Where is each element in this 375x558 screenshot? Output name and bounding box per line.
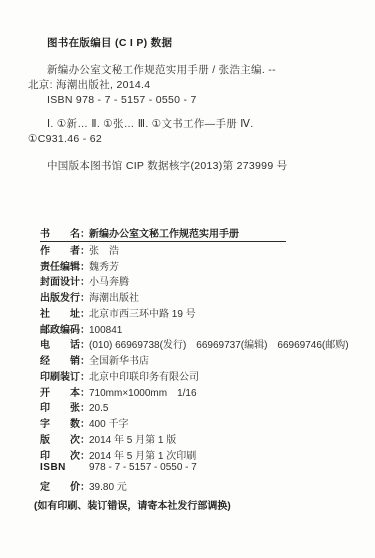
colophon-row-distribution: 经销：全国新华书店 — [40, 352, 365, 368]
colophon-row-edition: 版次：2014 年 5 月第 1 版 — [40, 431, 365, 447]
label-separator: ： — [80, 431, 89, 446]
label-separator: ： — [80, 399, 89, 414]
field-value: 北京市西三环中路 19 号 — [89, 305, 196, 320]
label-separator: ： — [80, 225, 89, 240]
colophon-row-printed-sheets: 印张：20.5 — [40, 399, 365, 415]
field-label: 出版发行 — [40, 289, 80, 304]
colophon-row-author: 作者：张 浩 — [40, 242, 365, 258]
cip-entry-line-2: 北京: 海潮出版社, 2014.4 — [28, 78, 359, 93]
field-value: 39.80 元 — [89, 478, 127, 493]
label-separator: ： — [80, 336, 89, 351]
field-label: 定价 — [40, 478, 80, 493]
label-separator: ： — [80, 384, 89, 399]
cip-classification-line-1: Ⅰ. ①新… Ⅱ. ①张… Ⅲ. ①文书工作—手册 Ⅳ. — [47, 117, 359, 132]
field-label: 字数 — [40, 415, 80, 430]
label-separator: ： — [80, 289, 89, 304]
label-separator: ： — [80, 415, 89, 430]
label-separator: ： — [80, 321, 89, 336]
field-value: 新编办公室文秘工作规范实用手册 — [89, 225, 239, 240]
field-label: 封面设计 — [40, 273, 80, 288]
field-value: (010) 66969738(发行) 66969737(编辑) 66969746… — [89, 336, 349, 351]
field-label: 印张 — [40, 399, 80, 414]
field-value: 100841 — [89, 325, 122, 336]
field-value: 978 - 7 - 5157 - 0550 - 7 — [89, 462, 197, 473]
colophon-row-isbn: ISBN978 - 7 - 5157 - 0550 - 7 — [40, 462, 365, 478]
colophon-row-postal-code: 邮政编码：100841 — [40, 321, 365, 337]
colophon-row-address: 社址：北京市西三环中路 19 号 — [40, 305, 365, 321]
field-label: 版次 — [40, 431, 80, 446]
colophon-row-book-title: 书名：新编办公室文秘工作规范实用手册 — [40, 225, 286, 242]
label-separator: ： — [80, 242, 89, 257]
cip-isbn-line: ISBN 978 - 7 - 5157 - 0550 - 7 — [47, 93, 359, 108]
field-label: 开本 — [40, 384, 80, 399]
colophon-row-impression: 印次：2014 年 5 月第 1 次印刷 — [40, 447, 365, 463]
field-label: 书名 — [40, 225, 80, 240]
field-label: 作者 — [40, 242, 80, 257]
field-label: 电话 — [40, 336, 80, 351]
exchange-note: (如有印刷、装订错误，请寄本社发行部调换) — [34, 497, 365, 512]
field-value: 北京中印联印务有限公司 — [89, 368, 199, 383]
field-value: 魏秀芳 — [89, 258, 119, 273]
field-label: 经销 — [40, 352, 80, 367]
label-separator: ： — [80, 447, 89, 462]
field-label: ISBN — [40, 462, 80, 473]
cip-entry-line-1: 新编办公室文秘工作规范实用手册 / 张浩主编. -- — [47, 63, 359, 78]
field-value: 2014 年 5 月第 1 次印刷 — [89, 447, 196, 462]
field-label: 社址 — [40, 305, 80, 320]
colophon-row-price: 定价：39.80 元 — [40, 478, 365, 494]
cip-header: 图书在版编目 (C I P) 数据 — [47, 36, 359, 51]
colophon-row-publisher: 出版发行：海潮出版社 — [40, 289, 365, 305]
colophon-row-managing-editor: 责任编辑：魏秀芳 — [40, 258, 365, 274]
colophon-section: 书名：新编办公室文秘工作规范实用手册 作者：张 浩 责任编辑：魏秀芳 封面设计：… — [40, 225, 365, 512]
colophon-row-printing: 印刷装订：北京中印联印务有限公司 — [40, 368, 365, 384]
field-value: 2014 年 5 月第 1 版 — [89, 431, 176, 446]
field-label: 邮政编码 — [40, 321, 80, 336]
field-label: 印刷装订 — [40, 368, 80, 383]
colophon-row-word-count: 字数：400 千字 — [40, 415, 365, 431]
colophon-row-format: 开本：710mm×1000mm 1/16 — [40, 384, 365, 400]
field-label: 印次 — [40, 447, 80, 462]
field-value: 400 千字 — [89, 415, 128, 430]
field-label: 责任编辑 — [40, 258, 80, 273]
label-separator: ： — [80, 352, 89, 367]
cip-section: 图书在版编目 (C I P) 数据 新编办公室文秘工作规范实用手册 / 张浩主编… — [28, 36, 359, 174]
label-separator: ： — [80, 305, 89, 320]
colophon-row-cover-design: 封面设计：小马奔腾 — [40, 273, 365, 289]
field-value: 张 浩 — [89, 242, 119, 257]
field-value: 海潮出版社 — [89, 289, 139, 304]
field-value: 20.5 — [89, 403, 108, 414]
field-value: 小马奔腾 — [89, 273, 129, 288]
book-copyright-page: 图书在版编目 (C I P) 数据 新编办公室文秘工作规范实用手册 / 张浩主编… — [0, 0, 375, 558]
field-value: 全国新华书店 — [89, 352, 149, 367]
label-separator: ： — [80, 258, 89, 273]
label-separator: ： — [80, 478, 89, 493]
label-separator: ： — [80, 368, 89, 383]
cip-record-number-line: 中国版本图书馆 CIP 数据核字(2013)第 273999 号 — [47, 159, 359, 174]
colophon-row-telephone: 电话：(010) 66969738(发行) 66969737(编辑) 66969… — [40, 336, 365, 352]
cip-classification-line-2: ①C931.46 - 62 — [28, 132, 359, 147]
label-separator: ： — [80, 273, 89, 288]
field-value: 710mm×1000mm 1/16 — [89, 384, 197, 399]
